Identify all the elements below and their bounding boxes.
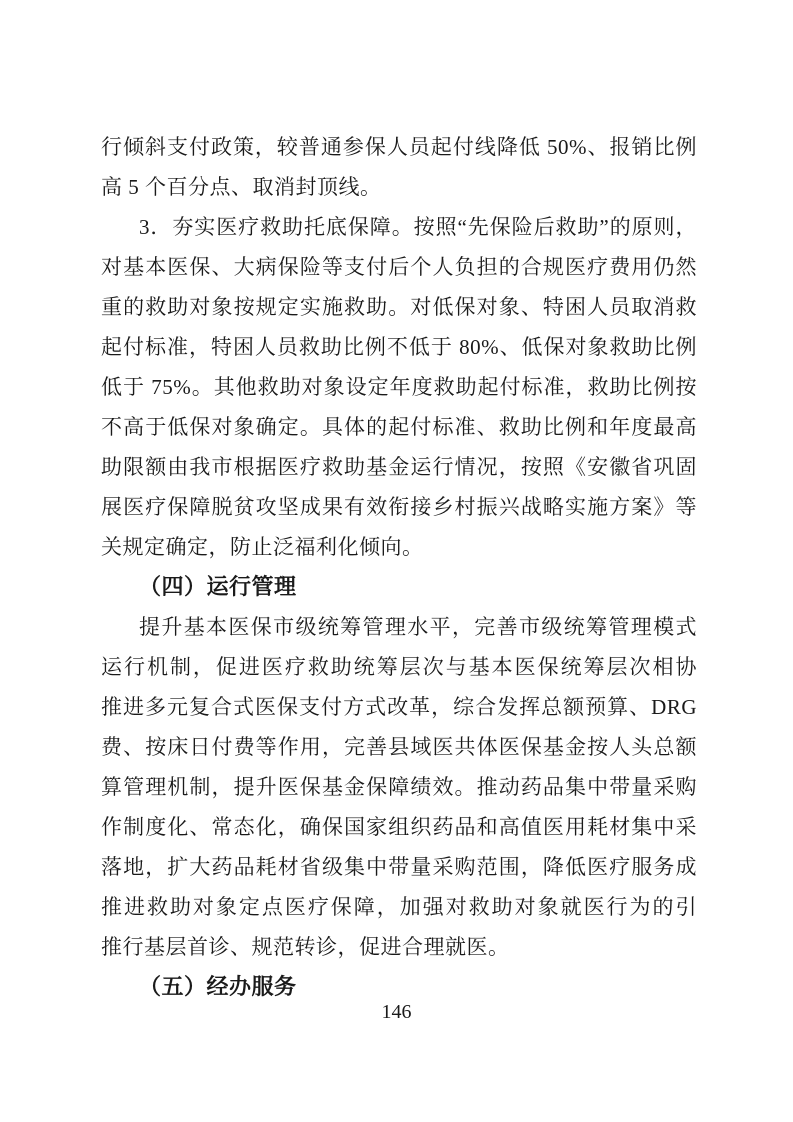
text-line: 作制度化、常态化，确保国家组织药品和高值医用耗材集中采购: [101, 807, 697, 847]
section-heading: （四）运行管理: [101, 567, 697, 607]
document-page: 行倾斜支付政策，较普通参保人员起付线降低 50%、报销比例提高 5 个百分点、取…: [0, 0, 793, 1122]
text-line: 落地，扩大药品耗材省级集中带量采购范围，降低医疗服务成本。: [101, 847, 697, 887]
text-line: 展医疗保障脱贫攻坚成果有效衔接乡村振兴战略实施方案》等有: [101, 487, 697, 527]
text-line: 推进救助对象定点医疗保障，加强对救助对象就医行为的引导，: [101, 887, 697, 927]
text-line: 3．夯实医疗救助托底保障。按照“先保险后救助”的原则，: [101, 207, 697, 247]
page-number: 146: [0, 997, 793, 1027]
text-line: 助限额由我市根据医疗救助基金运行情况，按照《安徽省巩固拓: [101, 447, 697, 487]
text-line: 推行基层首诊、规范转诊，促进合理就医。: [101, 927, 697, 967]
document-body: 行倾斜支付政策，较普通参保人员起付线降低 50%、报销比例提高 5 个百分点、取…: [101, 127, 697, 1007]
text-line: 高 5 个百分点、取消封顶线。: [101, 167, 697, 207]
text-line: 运行机制，促进医疗救助统筹层次与基本医保统筹层次相协调。: [101, 647, 697, 687]
text-line: 低于 75%。其他救助对象设定年度救助起付标准，救助比例按照: [101, 367, 697, 407]
text-line: 对基本医保、大病保险等支付后个人负担的合规医疗费用仍然较: [101, 247, 697, 287]
text-line: 行倾斜支付政策，较普通参保人员起付线降低 50%、报销比例提: [101, 127, 697, 167]
text-line: 算管理机制，提升医保基金保障绩效。推动药品集中带量采购工: [101, 767, 697, 807]
text-line: 起付标准，特困人员救助比例不低于 80%、低保对象救助比例不: [101, 327, 697, 367]
text-line: 费、按床日付费等作用，完善县域医共体医保基金按人头总额预: [101, 727, 697, 767]
text-line: 不高于低保对象确定。具体的起付标准、救助比例和年度最高救: [101, 407, 697, 447]
text-line: 关规定确定，防止泛福利化倾向。: [101, 527, 697, 567]
text-line: 重的救助对象按规定实施救助。对低保对象、特困人员取消救助: [101, 287, 697, 327]
text-line: 提升基本医保市级统筹管理水平，完善市级统筹管理模式和: [101, 607, 697, 647]
text-line: 推进多元复合式医保支付方式改革，综合发挥总额预算、DRG 付: [101, 687, 697, 727]
